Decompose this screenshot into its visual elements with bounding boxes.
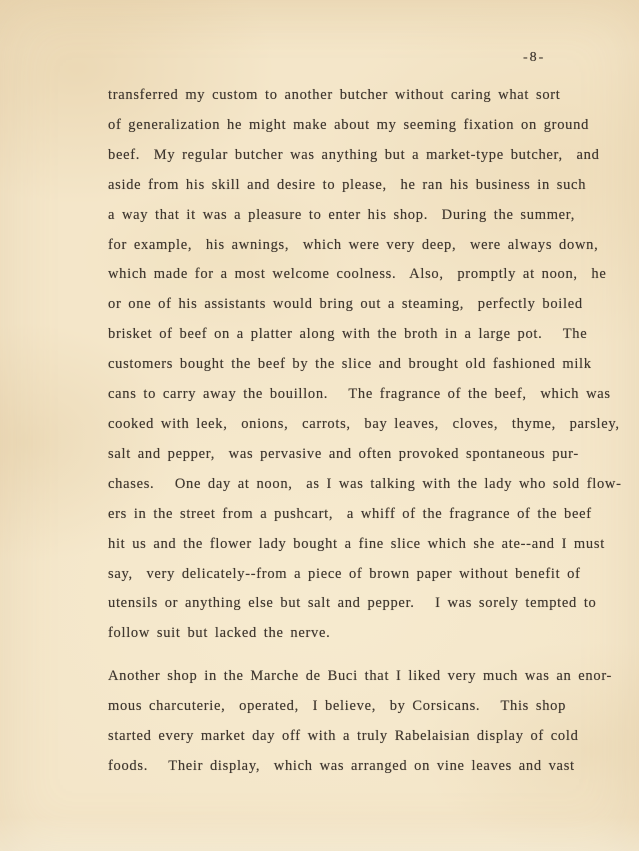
text-line: started every market day off with a trul… bbox=[108, 722, 608, 752]
text-line: a way that it was a pleasure to enter hi… bbox=[108, 201, 608, 231]
text-line: follow suit but lacked the nerve. bbox=[108, 619, 608, 649]
text-line: or one of his assistants would bring out… bbox=[108, 290, 608, 320]
text-line: ers in the street from a pushcart, a whi… bbox=[108, 500, 608, 530]
paragraph: Another shop in the Marche de Buci that … bbox=[108, 662, 608, 782]
text-line: aside from his skill and desire to pleas… bbox=[108, 171, 608, 201]
text-line: say, very delicately--from a piece of br… bbox=[108, 560, 608, 590]
text-line: of generalization he might make about my… bbox=[108, 111, 608, 141]
text-line: chases. One day at noon, as I was talkin… bbox=[108, 470, 608, 500]
text-line: beef. My regular butcher was anything bu… bbox=[108, 141, 608, 171]
text-line: Another shop in the Marche de Buci that … bbox=[108, 662, 608, 692]
text-line: salt and pepper, was pervasive and often… bbox=[108, 440, 608, 470]
text-line: cans to carry away the bouillon. The fra… bbox=[108, 380, 608, 410]
text-block: transferred my custom to another butcher… bbox=[108, 81, 608, 782]
scanned-document-page: -8- transferred my custom to another but… bbox=[0, 0, 639, 851]
paragraph: transferred my custom to another butcher… bbox=[108, 81, 608, 649]
page-number: -8- bbox=[523, 50, 545, 66]
text-line: customers bought the beef by the slice a… bbox=[108, 350, 608, 380]
text-line: mous charcuterie, operated, I believe, b… bbox=[108, 692, 608, 722]
text-line: brisket of beef on a platter along with … bbox=[108, 320, 608, 350]
text-line: hit us and the flower lady bought a fine… bbox=[108, 530, 608, 560]
text-line: for example, his awnings, which were ver… bbox=[108, 231, 608, 261]
text-line: which made for a most welcome coolness. … bbox=[108, 260, 608, 290]
text-line: transferred my custom to another butcher… bbox=[108, 81, 608, 111]
text-line: utensils or anything else but salt and p… bbox=[108, 589, 608, 619]
text-line: cooked with leek, onions, carrots, bay l… bbox=[108, 410, 608, 440]
text-line: foods. Their display, which was arranged… bbox=[108, 752, 608, 782]
